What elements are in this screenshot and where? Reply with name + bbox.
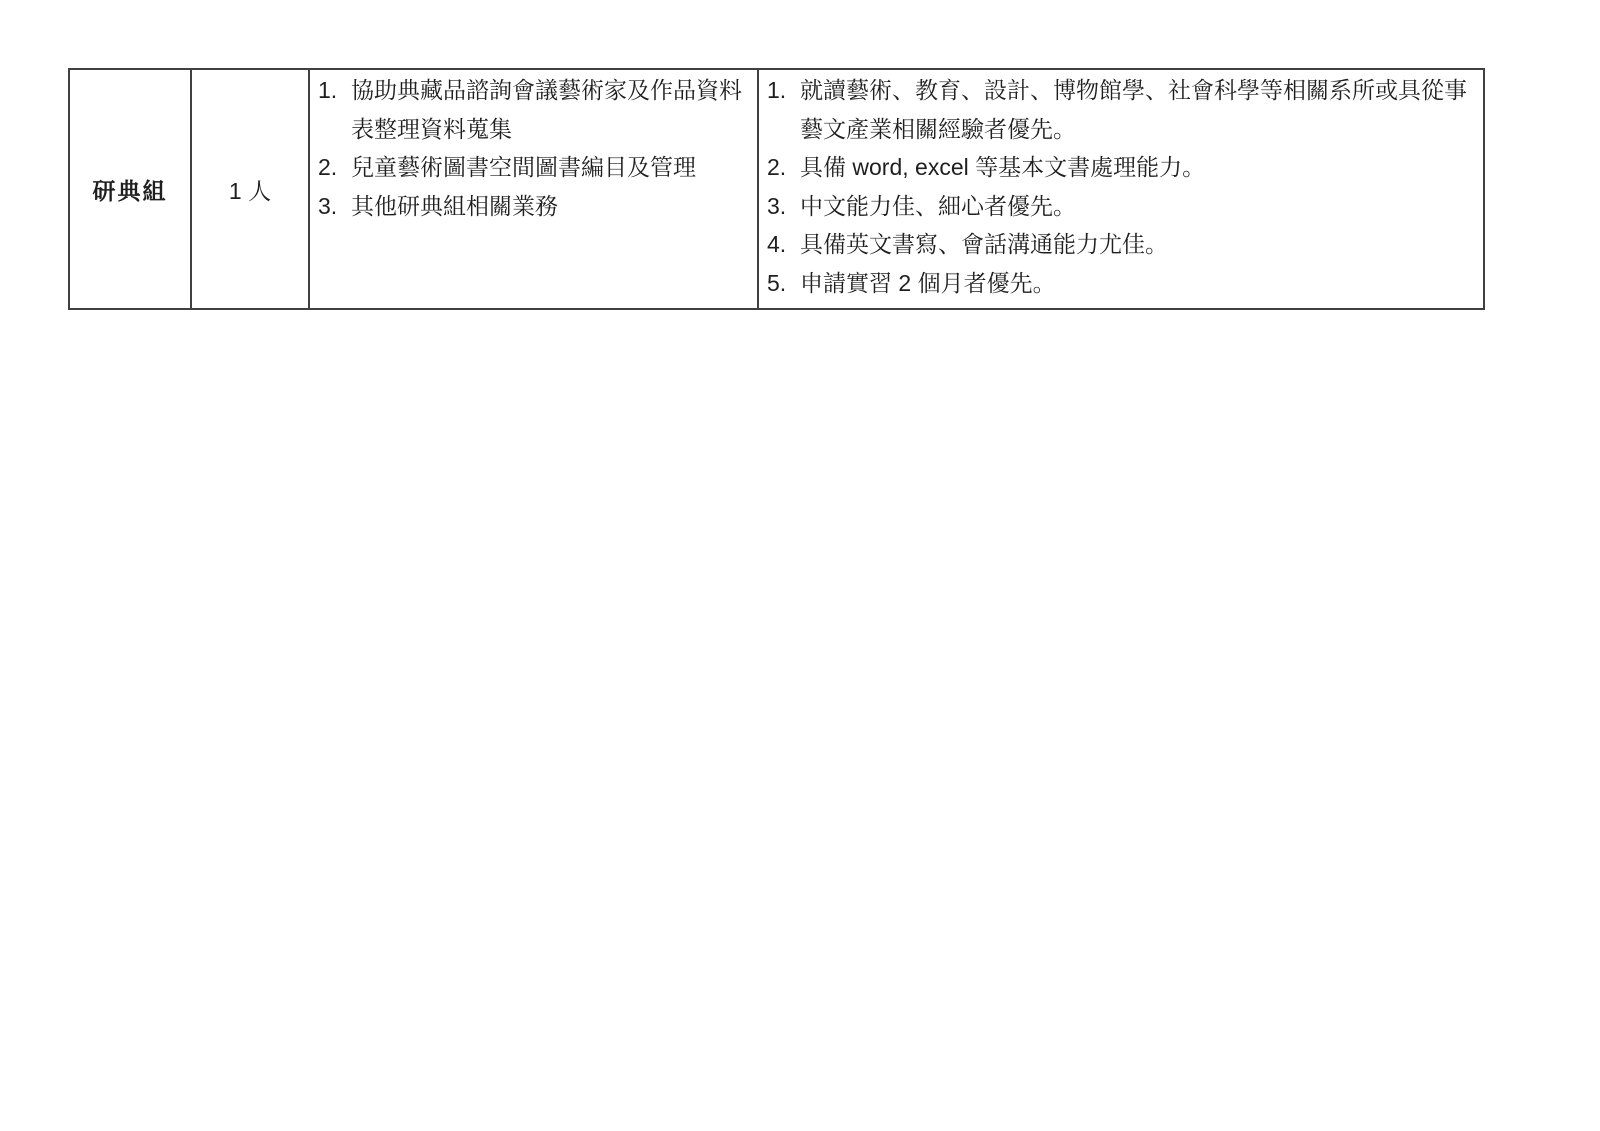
item-text: 兒童藝術圖書空間圖書編目及管理 <box>351 148 751 187</box>
qualification-item: 4. 具備英文書寫、會話溝通能力尤佳。 <box>767 225 1477 264</box>
item-number: 3. <box>767 187 800 226</box>
item-number: 1. <box>767 71 800 110</box>
item-line: 中文能力佳、細心者優先。 <box>800 187 1477 226</box>
item-text: 中文能力佳、細心者優先。 <box>800 187 1477 226</box>
duty-item: 3. 其他研典組相關業務 <box>318 187 751 226</box>
group-name-cell: 研典組 <box>69 69 191 309</box>
item-line: 具備英文書寫、會話溝通能力尤佳。 <box>800 225 1477 264</box>
item-line: 申請實習 2 個月者優先。 <box>800 264 1477 303</box>
qualification-item: 2. 具備 word, excel 等基本文書處理能力。 <box>767 148 1477 187</box>
item-number: 5. <box>767 264 800 303</box>
table-row: 研典組 1 人 1. 協助典藏品諮詢會議藝術家及作品資料 表整理資料蒐集 2. … <box>69 69 1484 309</box>
qualifications-cell: 1. 就讀藝術、教育、設計、博物館學、社會科學等相關系所或具從事 藝文產業相關經… <box>758 69 1484 309</box>
recruitment-table: 研典組 1 人 1. 協助典藏品諮詢會議藝術家及作品資料 表整理資料蒐集 2. … <box>68 68 1485 310</box>
duties-list: 1. 協助典藏品諮詢會議藝術家及作品資料 表整理資料蒐集 2. 兒童藝術圖書空間… <box>310 70 757 225</box>
item-number: 2. <box>767 148 800 187</box>
item-line: 其他研典組相關業務 <box>351 187 751 226</box>
headcount: 1 人 <box>229 178 271 204</box>
item-text: 其他研典組相關業務 <box>351 187 751 226</box>
item-text: 申請實習 2 個月者優先。 <box>800 264 1477 303</box>
group-name: 研典組 <box>93 178 168 204</box>
qualifications-list: 1. 就讀藝術、教育、設計、博物館學、社會科學等相關系所或具從事 藝文產業相關經… <box>759 70 1483 302</box>
qualification-item: 5. 申請實習 2 個月者優先。 <box>767 264 1477 303</box>
item-text: 具備 word, excel 等基本文書處理能力。 <box>800 148 1477 187</box>
duties-cell: 1. 協助典藏品諮詢會議藝術家及作品資料 表整理資料蒐集 2. 兒童藝術圖書空間… <box>309 69 758 309</box>
item-line: 就讀藝術、教育、設計、博物館學、社會科學等相關系所或具從事 <box>800 71 1477 110</box>
item-number: 2. <box>318 148 351 187</box>
headcount-cell: 1 人 <box>191 69 309 309</box>
item-line: 表整理資料蒐集 <box>351 110 751 149</box>
item-text: 就讀藝術、教育、設計、博物館學、社會科學等相關系所或具從事 藝文產業相關經驗者優… <box>800 71 1477 148</box>
item-line: 協助典藏品諮詢會議藝術家及作品資料 <box>351 71 751 110</box>
item-number: 4. <box>767 225 800 264</box>
item-line: 具備 word, excel 等基本文書處理能力。 <box>800 148 1477 187</box>
duty-item: 1. 協助典藏品諮詢會議藝術家及作品資料 表整理資料蒐集 <box>318 71 751 148</box>
item-line: 兒童藝術圖書空間圖書編目及管理 <box>351 148 751 187</box>
qualification-item: 1. 就讀藝術、教育、設計、博物館學、社會科學等相關系所或具從事 藝文產業相關經… <box>767 71 1477 148</box>
item-number: 1. <box>318 71 351 110</box>
item-line: 藝文產業相關經驗者優先。 <box>800 110 1477 149</box>
item-text: 具備英文書寫、會話溝通能力尤佳。 <box>800 225 1477 264</box>
qualification-item: 3. 中文能力佳、細心者優先。 <box>767 187 1477 226</box>
duty-item: 2. 兒童藝術圖書空間圖書編目及管理 <box>318 148 751 187</box>
item-text: 協助典藏品諮詢會議藝術家及作品資料 表整理資料蒐集 <box>351 71 751 148</box>
item-number: 3. <box>318 187 351 226</box>
